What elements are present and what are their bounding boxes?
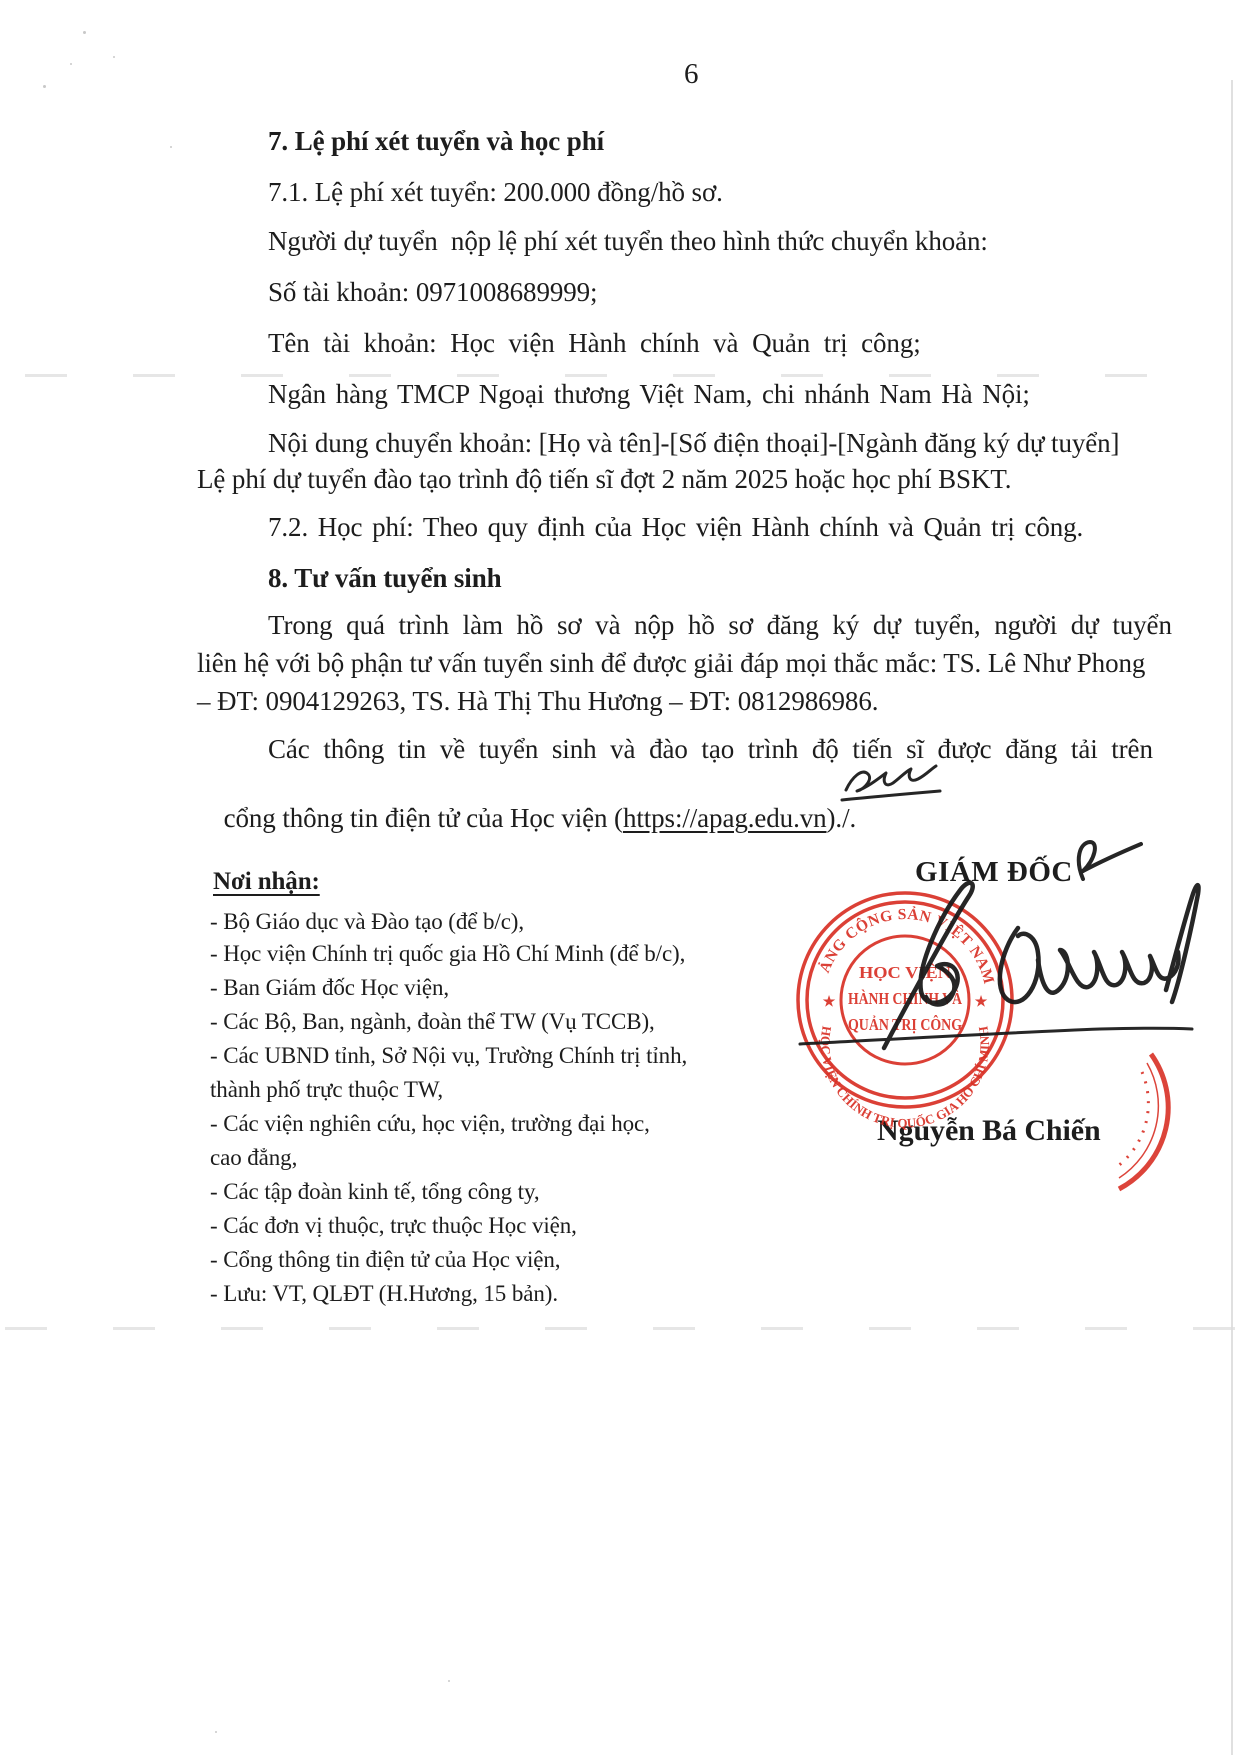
recipient-line: - Các Bộ, Ban, ngành, đoàn thể TW (Vụ TC… bbox=[210, 1009, 655, 1035]
doc-line: Số tài khoản: 0971008689999; bbox=[268, 277, 597, 308]
section-8-heading: 8. Tư vấn tuyển sinh bbox=[268, 563, 502, 594]
scan-artifact-dashed-line bbox=[25, 374, 1210, 377]
section-7-heading: 7. Lệ phí xét tuyển và học phí bbox=[268, 126, 604, 157]
doc-line: 7.2. Học phí: Theo quy định của Học viện… bbox=[268, 512, 1083, 543]
doc-line: Ngân hàng TMCP Ngoại thương Việt Nam, ch… bbox=[268, 379, 1030, 410]
portal-url-link[interactable]: https://apag.edu.vn bbox=[623, 803, 827, 833]
recipient-line: - Các đơn vị thuộc, trực thuộc Học viện, bbox=[210, 1213, 577, 1239]
recipient-line: - Bộ Giáo dục và Đào tạo (để b/c), bbox=[210, 909, 524, 935]
scan-artifact-dashed-line bbox=[5, 1327, 1235, 1330]
partial-stamp-arc bbox=[1118, 1054, 1168, 1189]
doc-line: Nội dung chuyển khoản: [Họ và tên]-[Số đ… bbox=[268, 428, 1119, 459]
stamp-star-left: ★ bbox=[823, 994, 836, 1010]
doc-line: liên hệ với bộ phận tư vấn tuyển sinh để… bbox=[197, 648, 1145, 679]
signer-title: GIÁM ĐỐC bbox=[915, 856, 1073, 889]
doc-line: Người dự tuyển nộp lệ phí xét tuyển theo… bbox=[268, 226, 988, 257]
stamp-center-line-3: QUẢN TRỊ CÔNG bbox=[848, 1015, 962, 1034]
scan-speckle bbox=[43, 85, 46, 88]
recipient-line: - Ban Giám đốc Học viện, bbox=[210, 975, 449, 1001]
pen-initials-squiggle bbox=[842, 766, 940, 800]
doc-line: 7.1. Lệ phí xét tuyển: 200.000 đồng/hồ s… bbox=[268, 177, 723, 208]
recipient-line: thành phố trực thuộc TW, bbox=[210, 1077, 443, 1103]
scan-artifact-page-edge bbox=[1231, 80, 1233, 1755]
doc-line: Các thông tin về tuyển sinh và đào tạo t… bbox=[268, 734, 1153, 765]
handwritten-signature bbox=[800, 883, 1199, 1048]
signer-name: Nguyễn Bá Chiến bbox=[877, 1114, 1101, 1149]
stamp-center-line-2: HÀNH CHÍNH VÀ bbox=[848, 989, 963, 1008]
recipient-line: - Lưu: VT, QLĐT (H.Hương, 15 bản). bbox=[210, 1281, 558, 1307]
recipients-label: Nơi nhận: bbox=[213, 868, 320, 897]
scan-speckle bbox=[70, 63, 72, 65]
stamp-center-line-1: HỌC VIỆN bbox=[859, 963, 952, 982]
stamp-star-right: ★ bbox=[975, 994, 988, 1010]
doc-line-with-url: cổng thông tin điện tử của Học viện (htt… bbox=[197, 772, 856, 865]
scan-speckle bbox=[170, 146, 172, 148]
page-number: 6 bbox=[684, 58, 698, 91]
scanned-document-page: 6 7. Lệ phí xét tuyển và học phí 7.1. Lệ… bbox=[0, 0, 1241, 1755]
scan-speckle bbox=[83, 31, 86, 34]
scan-speckle bbox=[113, 56, 115, 58]
scan-speckle bbox=[215, 1731, 217, 1733]
recipient-line: - Các viện nghiên cứu, học viện, trường … bbox=[210, 1111, 650, 1137]
doc-line: – ĐT: 0904129263, TS. Hà Thị Thu Hương –… bbox=[197, 686, 878, 717]
url-prefix-text: cổng thông tin điện tử của Học viện ( bbox=[224, 803, 623, 833]
doc-line: Lệ phí dự tuyển đào tạo trình độ tiến sĩ… bbox=[197, 464, 1011, 495]
pen-tick-mark bbox=[1079, 842, 1141, 879]
recipient-line: - Cổng thông tin điện tử của Học viện, bbox=[210, 1247, 560, 1273]
recipient-line: cao đẳng, bbox=[210, 1145, 297, 1171]
scan-speckle bbox=[448, 1680, 450, 1682]
doc-line: Trong quá trình làm hồ sơ và nộp hồ sơ đ… bbox=[268, 610, 1172, 641]
recipient-line: - Các UBND tỉnh, Sở Nội vụ, Trường Chính… bbox=[210, 1043, 687, 1069]
doc-line: Tên tài khoản: Học viện Hành chính và Qu… bbox=[268, 328, 921, 359]
url-suffix-text: )./. bbox=[827, 803, 857, 833]
recipient-line: - Học viện Chính trị quốc gia Hồ Chí Min… bbox=[210, 941, 685, 967]
official-red-stamp bbox=[798, 893, 1012, 1107]
recipient-line: - Các tập đoàn kinh tế, tổng công ty, bbox=[210, 1179, 540, 1205]
